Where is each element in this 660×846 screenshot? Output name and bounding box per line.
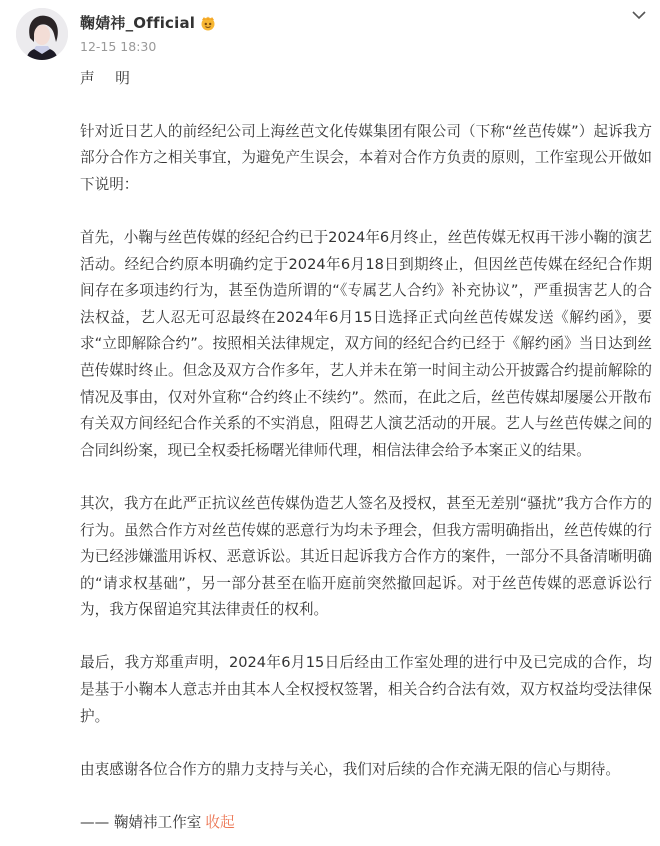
more-options-button[interactable] (628, 7, 650, 21)
signature: —— 鞠婧祎工作室 (80, 814, 201, 831)
signature-row: —— 鞠婧祎工作室收起 (80, 810, 652, 837)
post-timestamp[interactable]: 12-15 18:30 (80, 39, 156, 54)
paragraph-last: 最后，我方郑重声明，2024年6月15日后经由工作室处理的进行中及已完成的合作，… (80, 650, 652, 730)
avatar-portrait-icon (16, 8, 68, 60)
chevron-down-icon (628, 8, 650, 22)
avatar[interactable] (16, 8, 68, 60)
statement-title: 声 明 (80, 66, 652, 93)
vip-crown-badge-icon[interactable] (199, 15, 217, 31)
author-row: 鞠婧祎_Official (80, 12, 217, 33)
collapse-link[interactable]: 收起 (205, 814, 234, 831)
paragraph-first: 首先，小鞠与丝芭传媒的经纪合约已于2024年6月终止，丝芭传媒无权再干涉小鞠的演… (80, 225, 652, 464)
paragraph-second: 其次，我方在此严正抗议丝芭传媒伪造艺人签名及授权，甚至无差别“骚扰”我方合作方的… (80, 491, 652, 624)
paragraph-thanks: 由衷感谢各位合作方的鼎力支持与关心，我们对后续的合作充满无限的信心与期待。 (80, 757, 652, 784)
author-name[interactable]: 鞠婧祎_Official (80, 12, 195, 33)
paragraph-intro: 针对近日艺人的前经纪公司上海丝芭文化传媒集团有限公司（下称“丝芭传媒”）起诉我方… (80, 119, 652, 199)
post-body: 声 明 针对近日艺人的前经纪公司上海丝芭文化传媒集团有限公司（下称“丝芭传媒”）… (80, 66, 652, 837)
